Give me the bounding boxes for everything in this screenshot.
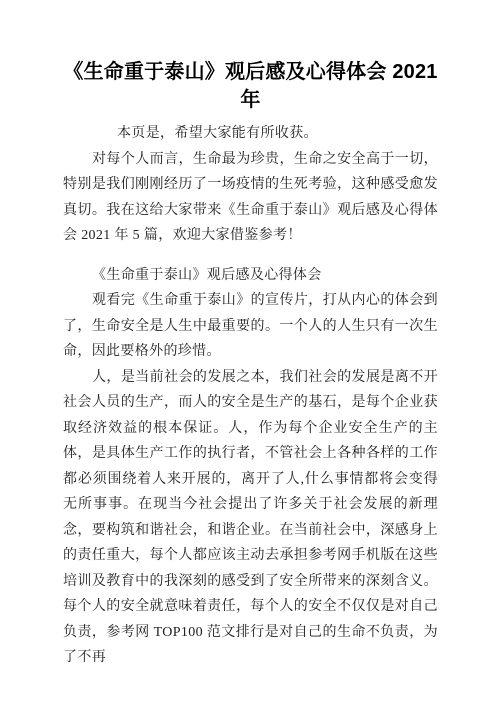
document-title: 《生命重于泰山》观后感及心得体会 2021 年 [63, 58, 438, 114]
document-page: 《生命重于泰山》观后感及心得体会 2021 年 本页是，希望大家能有所收获。 对… [0, 0, 500, 707]
section-subtitle: 《生命重于泰山》观后感及心得体会 [63, 263, 438, 289]
society-safety-paragraph: 人，是当前社会的发展之本，我们社会的发展是离不开社会人员的生产，而人的安全是生产… [63, 365, 438, 671]
lead-paragraph: 对每个人而言，生命最为珍贵，生命之安全高于一切，特别是我们刚刚经历了一场疫情的生… [63, 147, 438, 249]
viewing-impression-paragraph: 观看完《生命重于泰山》的宣传片，打从内心的体会到了，生命安全是人生中最重要的。一… [63, 288, 438, 365]
intro-paragraph: 本页是，希望大家能有所收获。 [63, 121, 438, 147]
